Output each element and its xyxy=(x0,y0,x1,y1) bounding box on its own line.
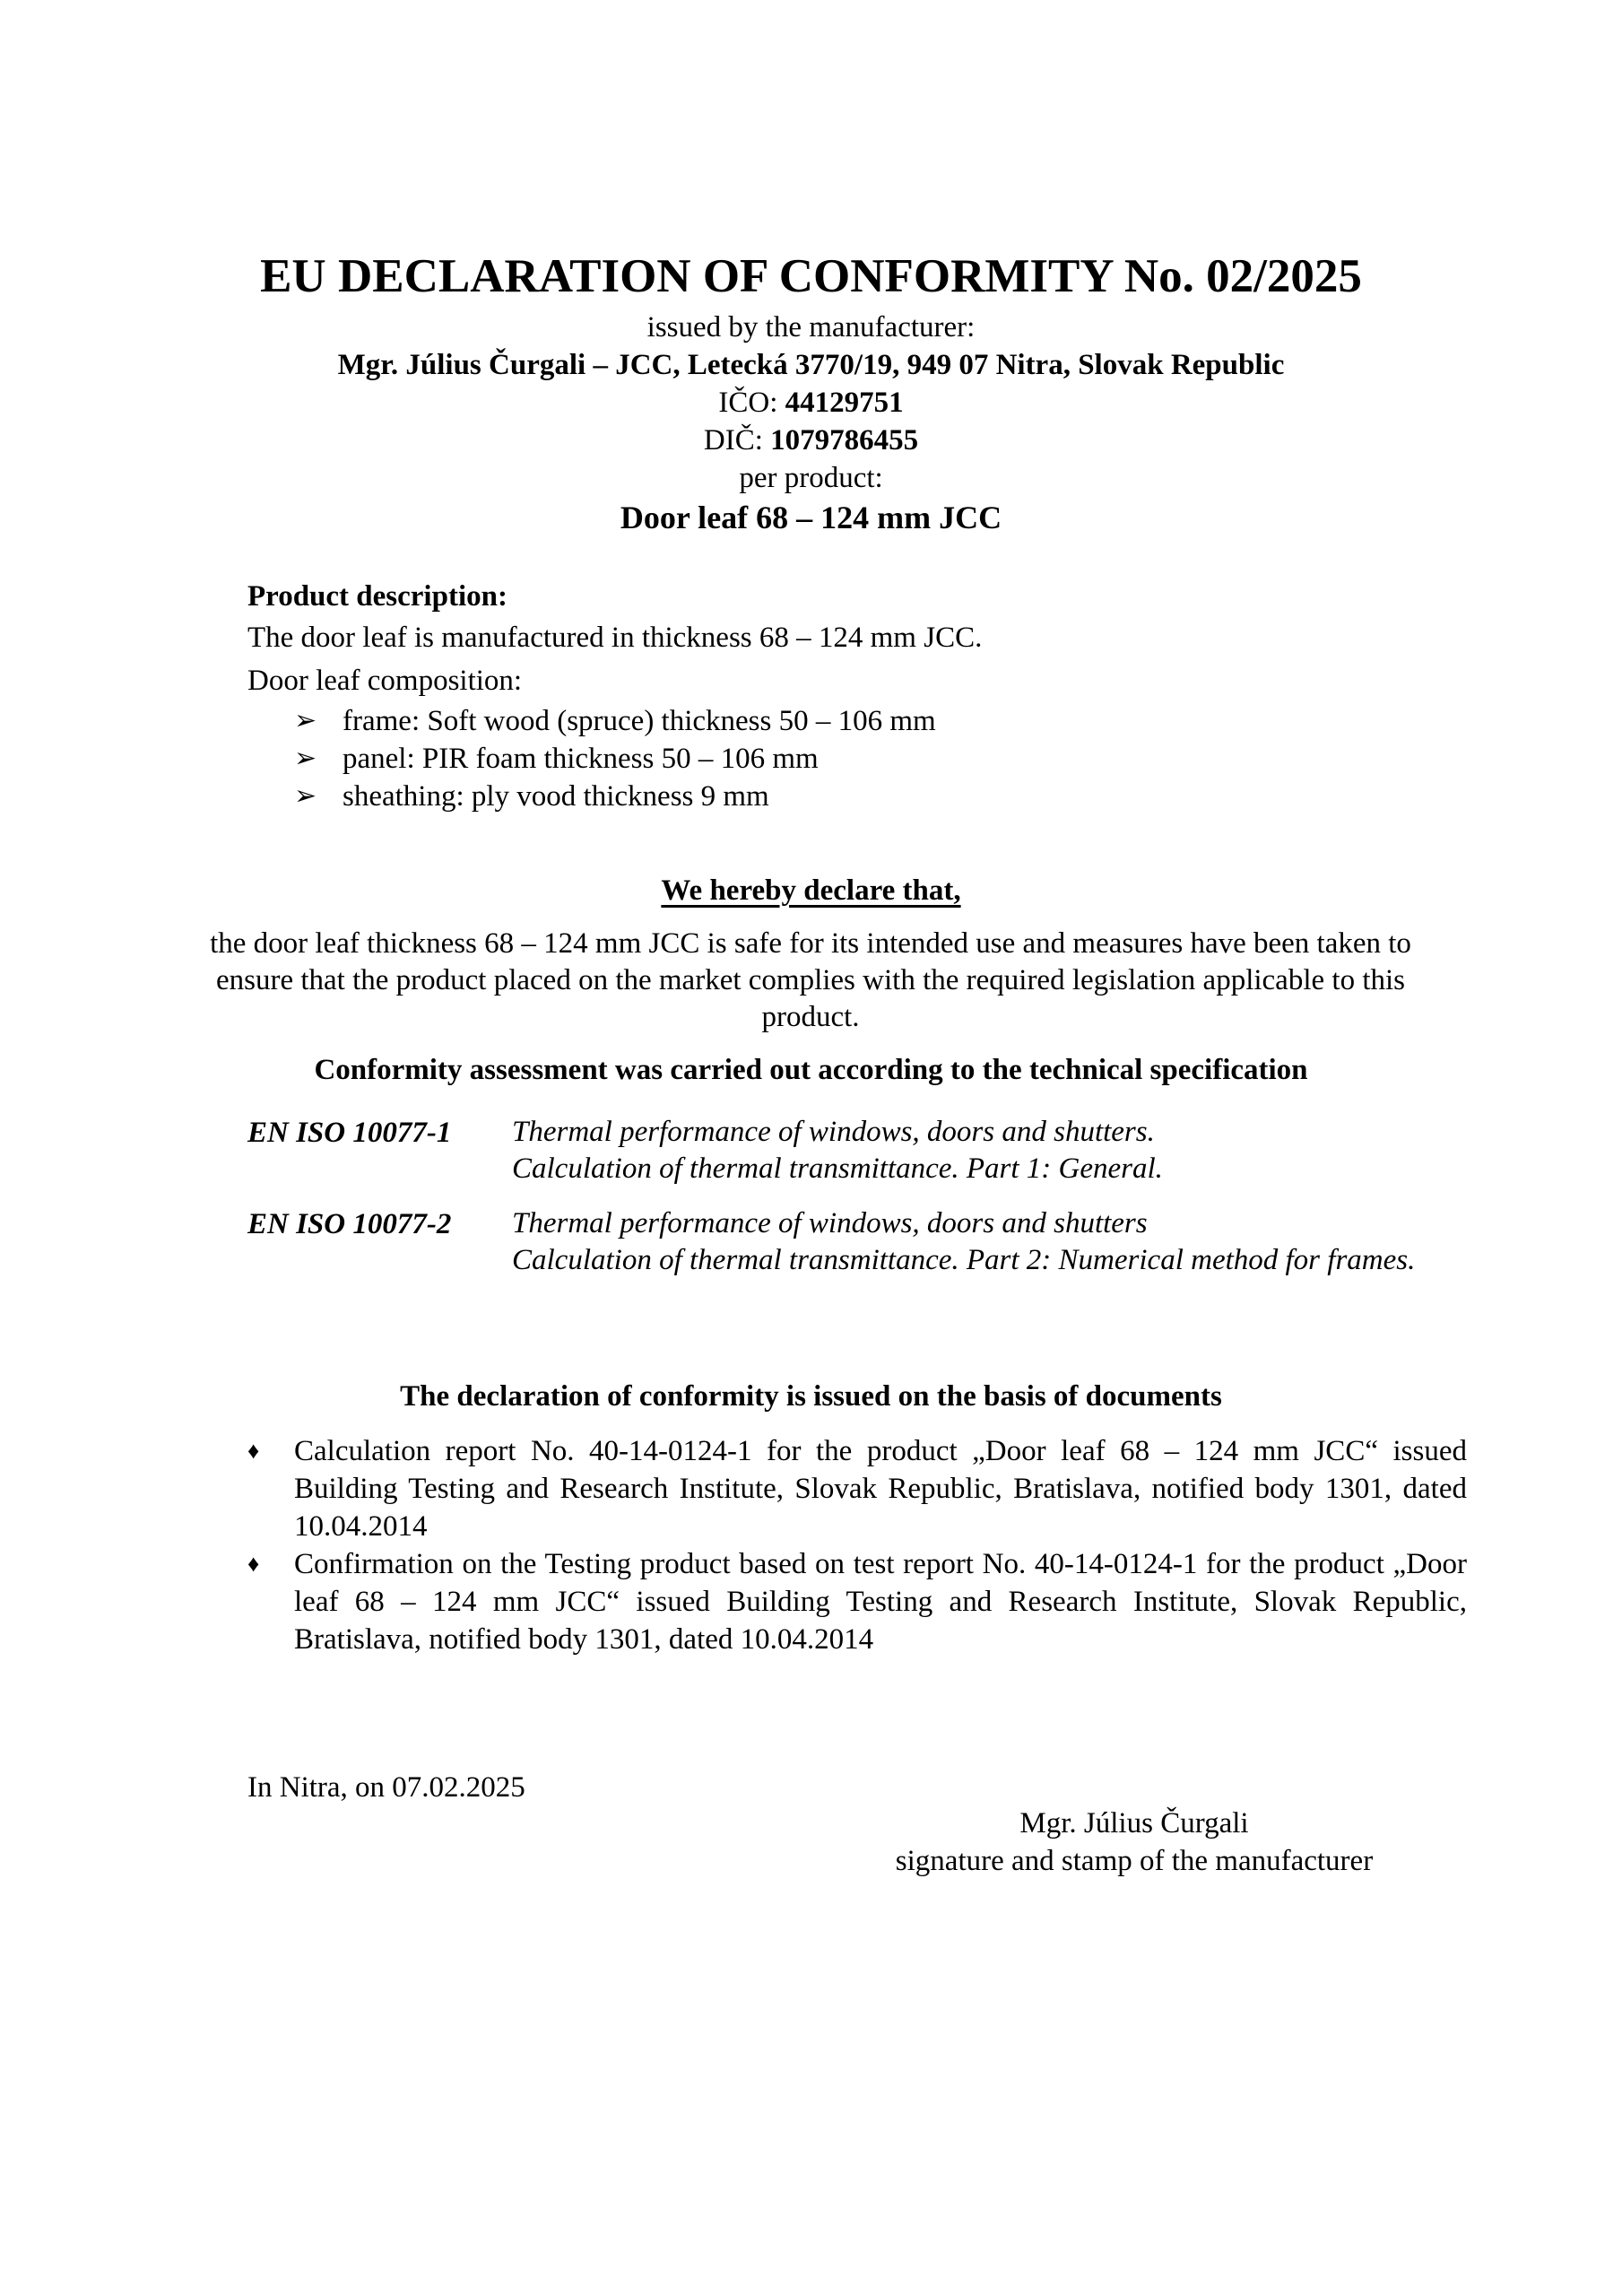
dic-label: DIČ: xyxy=(704,424,770,457)
standard-code: EN ISO 10077-1 xyxy=(247,1114,451,1152)
product-description-heading: Product description: xyxy=(247,578,507,615)
declaration-paragraph: the door leaf thickness 68 – 124 mm JCC … xyxy=(210,926,1411,1036)
place-and-date: In Nitra, on 07.02.2025 xyxy=(247,1769,525,1806)
assessment-heading: Conformity assessment was carried out ac… xyxy=(0,1051,1622,1089)
declaration-page: EU DECLARATION OF CONFORMITY No. 02/2025… xyxy=(0,0,1622,2296)
standard-description-line: Thermal performance of windows, doors an… xyxy=(512,1205,1462,1242)
manufacturer-address: Mgr. Július Čurgali – JCC, Letecká 3770/… xyxy=(0,347,1622,383)
composition-item-frame: frame: Soft wood (spruce) thickness 50 –… xyxy=(343,702,936,740)
basis-document-text: Confirmation on the Testing product base… xyxy=(294,1545,1467,1658)
composition-item-panel: panel: PIR foam thickness 50 – 106 mm xyxy=(343,740,819,778)
ico-value: 44129751 xyxy=(785,387,904,419)
declaration-heading: We hereby declare that, xyxy=(0,872,1622,909)
signature-block: Mgr. Július Čurgali signature and stamp … xyxy=(807,1805,1462,1880)
document-title: EU DECLARATION OF CONFORMITY No. 02/2025 xyxy=(0,249,1622,303)
product-name: Door leaf 68 – 124 mm JCC xyxy=(0,499,1622,536)
basis-documents-list: ♦ Calculation report No. 40-14-0124-1 fo… xyxy=(247,1432,1467,1658)
signature-caption: signature and stamp of the manufacturer xyxy=(807,1842,1462,1880)
diamond-bullet-icon: ♦ xyxy=(247,1545,283,1583)
dic-value: 1079786455 xyxy=(770,424,918,457)
product-description-text: The door leaf is manufactured in thickne… xyxy=(247,619,982,657)
standard-description-line: Calculation of thermal transmittance. Pa… xyxy=(512,1151,1462,1187)
arrowhead-bullet-icon: ➢ xyxy=(294,740,330,778)
arrowhead-bullet-icon: ➢ xyxy=(294,778,330,815)
basis-document-text: Calculation report No. 40-14-0124-1 for … xyxy=(294,1432,1467,1545)
standard-description: Thermal performance of windows, doors an… xyxy=(512,1205,1462,1279)
per-product-label: per product: xyxy=(0,460,1622,496)
composition-label: Door leaf composition: xyxy=(247,662,522,700)
list-item: ♦ Calculation report No. 40-14-0124-1 fo… xyxy=(247,1432,1467,1545)
ico-label: IČO: xyxy=(718,387,785,419)
signer-name: Mgr. Július Čurgali xyxy=(807,1805,1462,1842)
dic-line: DIČ: 1079786455 xyxy=(0,422,1622,458)
list-item: ♦ Confirmation on the Testing product ba… xyxy=(247,1545,1467,1658)
standard-description: Thermal performance of windows, doors an… xyxy=(512,1114,1462,1187)
composition-item-sheathing: sheathing: ply vood thickness 9 mm xyxy=(343,778,769,815)
basis-heading: The declaration of conformity is issued … xyxy=(0,1378,1622,1415)
ico-line: IČO: 44129751 xyxy=(0,385,1622,421)
issued-by-label: issued by the manufacturer: xyxy=(0,309,1622,345)
diamond-bullet-icon: ♦ xyxy=(247,1432,283,1470)
standard-description-line: Thermal performance of windows, doors an… xyxy=(512,1114,1462,1151)
standard-description-line: Calculation of thermal transmittance. Pa… xyxy=(512,1242,1462,1279)
standard-code: EN ISO 10077-2 xyxy=(247,1205,451,1243)
arrowhead-bullet-icon: ➢ xyxy=(294,702,330,740)
